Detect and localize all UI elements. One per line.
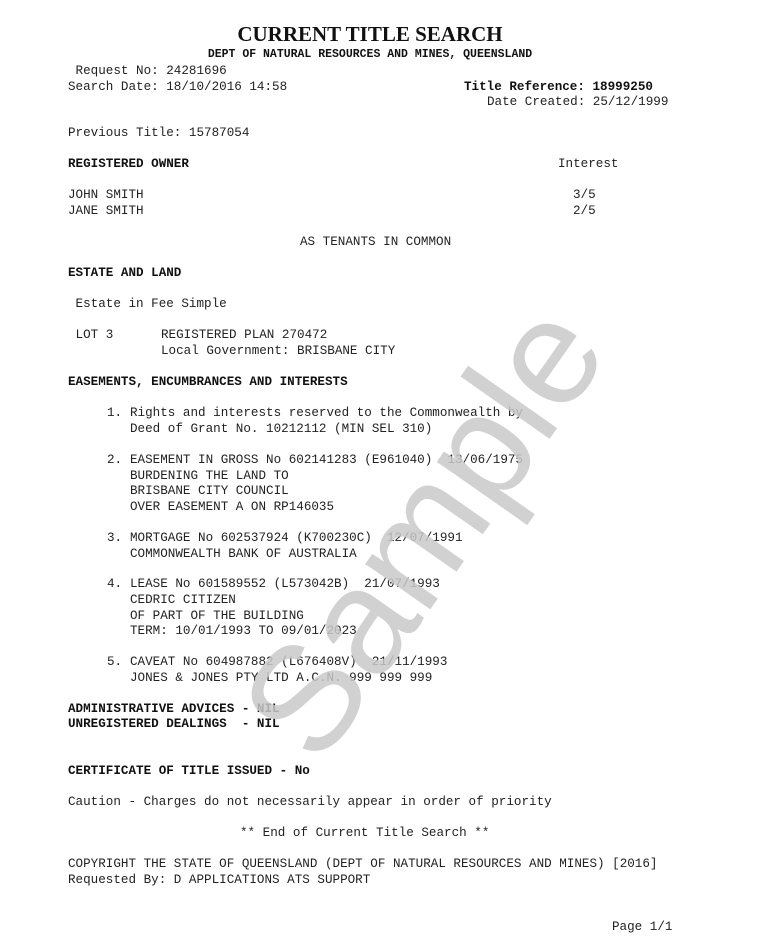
interest-heading: Interest	[558, 157, 618, 172]
administrative-advices: ADMINISTRATIVE ADVICES - NIL	[68, 702, 280, 717]
easement-line: BRISBANE CITY COUNCIL	[130, 484, 289, 499]
easements-heading: EASEMENTS, ENCUMBRANCES AND INTERESTS	[68, 375, 348, 390]
easement-line: JONES & JONES PTY LTD A.C.N. 999 999 999	[130, 671, 432, 686]
owner-interest: 3/5	[573, 188, 596, 203]
caution-note: Caution - Charges do not necessarily app…	[68, 795, 552, 810]
easement-number: 5.	[107, 655, 122, 670]
easement-number: 4.	[107, 577, 122, 592]
easement-line: OVER EASEMENT A ON RP146035	[130, 500, 334, 515]
search-date: Search Date: 18/10/2016 14:58	[68, 80, 287, 95]
easement-number: 1.	[107, 406, 122, 421]
page-number: Page 1/1	[612, 920, 672, 935]
easement-line: COMMONWEALTH BANK OF AUSTRALIA	[130, 547, 357, 562]
request-number: Request No: 24281696	[68, 64, 227, 79]
local-government: Local Government: BRISBANE CITY	[161, 344, 395, 359]
easement-line: OF PART OF THE BUILDING	[130, 609, 304, 624]
requested-by: Requested By: D APPLICATIONS ATS SUPPORT	[68, 873, 370, 888]
easement-line: LEASE No 601589552 (L573042B) 21/07/1993	[130, 577, 440, 592]
easement-line: Deed of Grant No. 10212112 (MIN SEL 310)	[130, 422, 432, 437]
easement-line: Rights and interests reserved to the Com…	[130, 406, 523, 421]
easement-line: BURDENING THE LAND TO	[130, 469, 289, 484]
estate-land-heading: ESTATE AND LAND	[68, 266, 181, 281]
easement-line: MORTGAGE No 602537924 (K700230C) 12/07/1…	[130, 531, 463, 546]
owner-name: JOHN SMITH	[68, 188, 144, 203]
end-marker: ** End of Current Title Search **	[240, 826, 489, 841]
date-created: Date Created: 25/12/1999	[487, 95, 668, 110]
easement-line: EASEMENT IN GROSS No 602141283 (E961040)…	[130, 453, 523, 468]
estate-type: Estate in Fee Simple	[68, 297, 227, 312]
easement-line: CEDRIC CITIZEN	[130, 593, 236, 608]
easement-number: 2.	[107, 453, 122, 468]
previous-title: Previous Title: 15787054	[68, 126, 249, 141]
owner-interest: 2/5	[573, 204, 596, 219]
certificate-status: CERTIFICATE OF TITLE ISSUED - No	[68, 764, 310, 779]
lot-number: LOT 3	[68, 328, 113, 343]
copyright-notice: COPYRIGHT THE STATE OF QUEENSLAND (DEPT …	[68, 857, 657, 872]
department-name: DEPT OF NATURAL RESOURCES AND MINES, QUE…	[0, 48, 740, 61]
registered-owner-heading: REGISTERED OWNER	[68, 157, 189, 172]
easement-line: TERM: 10/01/1993 TO 09/01/2023	[130, 624, 357, 639]
easement-line: CAVEAT No 604987882 (L676408V) 21/11/199…	[130, 655, 447, 670]
owner-name: JANE SMITH	[68, 204, 144, 219]
unregistered-dealings: UNREGISTERED DEALINGS - NIL	[68, 717, 280, 732]
title-reference: Title Reference: 18999250	[464, 80, 653, 95]
registered-plan: REGISTERED PLAN 270472	[161, 328, 327, 343]
tenancy-type: AS TENANTS IN COMMON	[300, 235, 451, 250]
easement-number: 3.	[107, 531, 122, 546]
document-title: CURRENT TITLE SEARCH	[0, 22, 740, 47]
